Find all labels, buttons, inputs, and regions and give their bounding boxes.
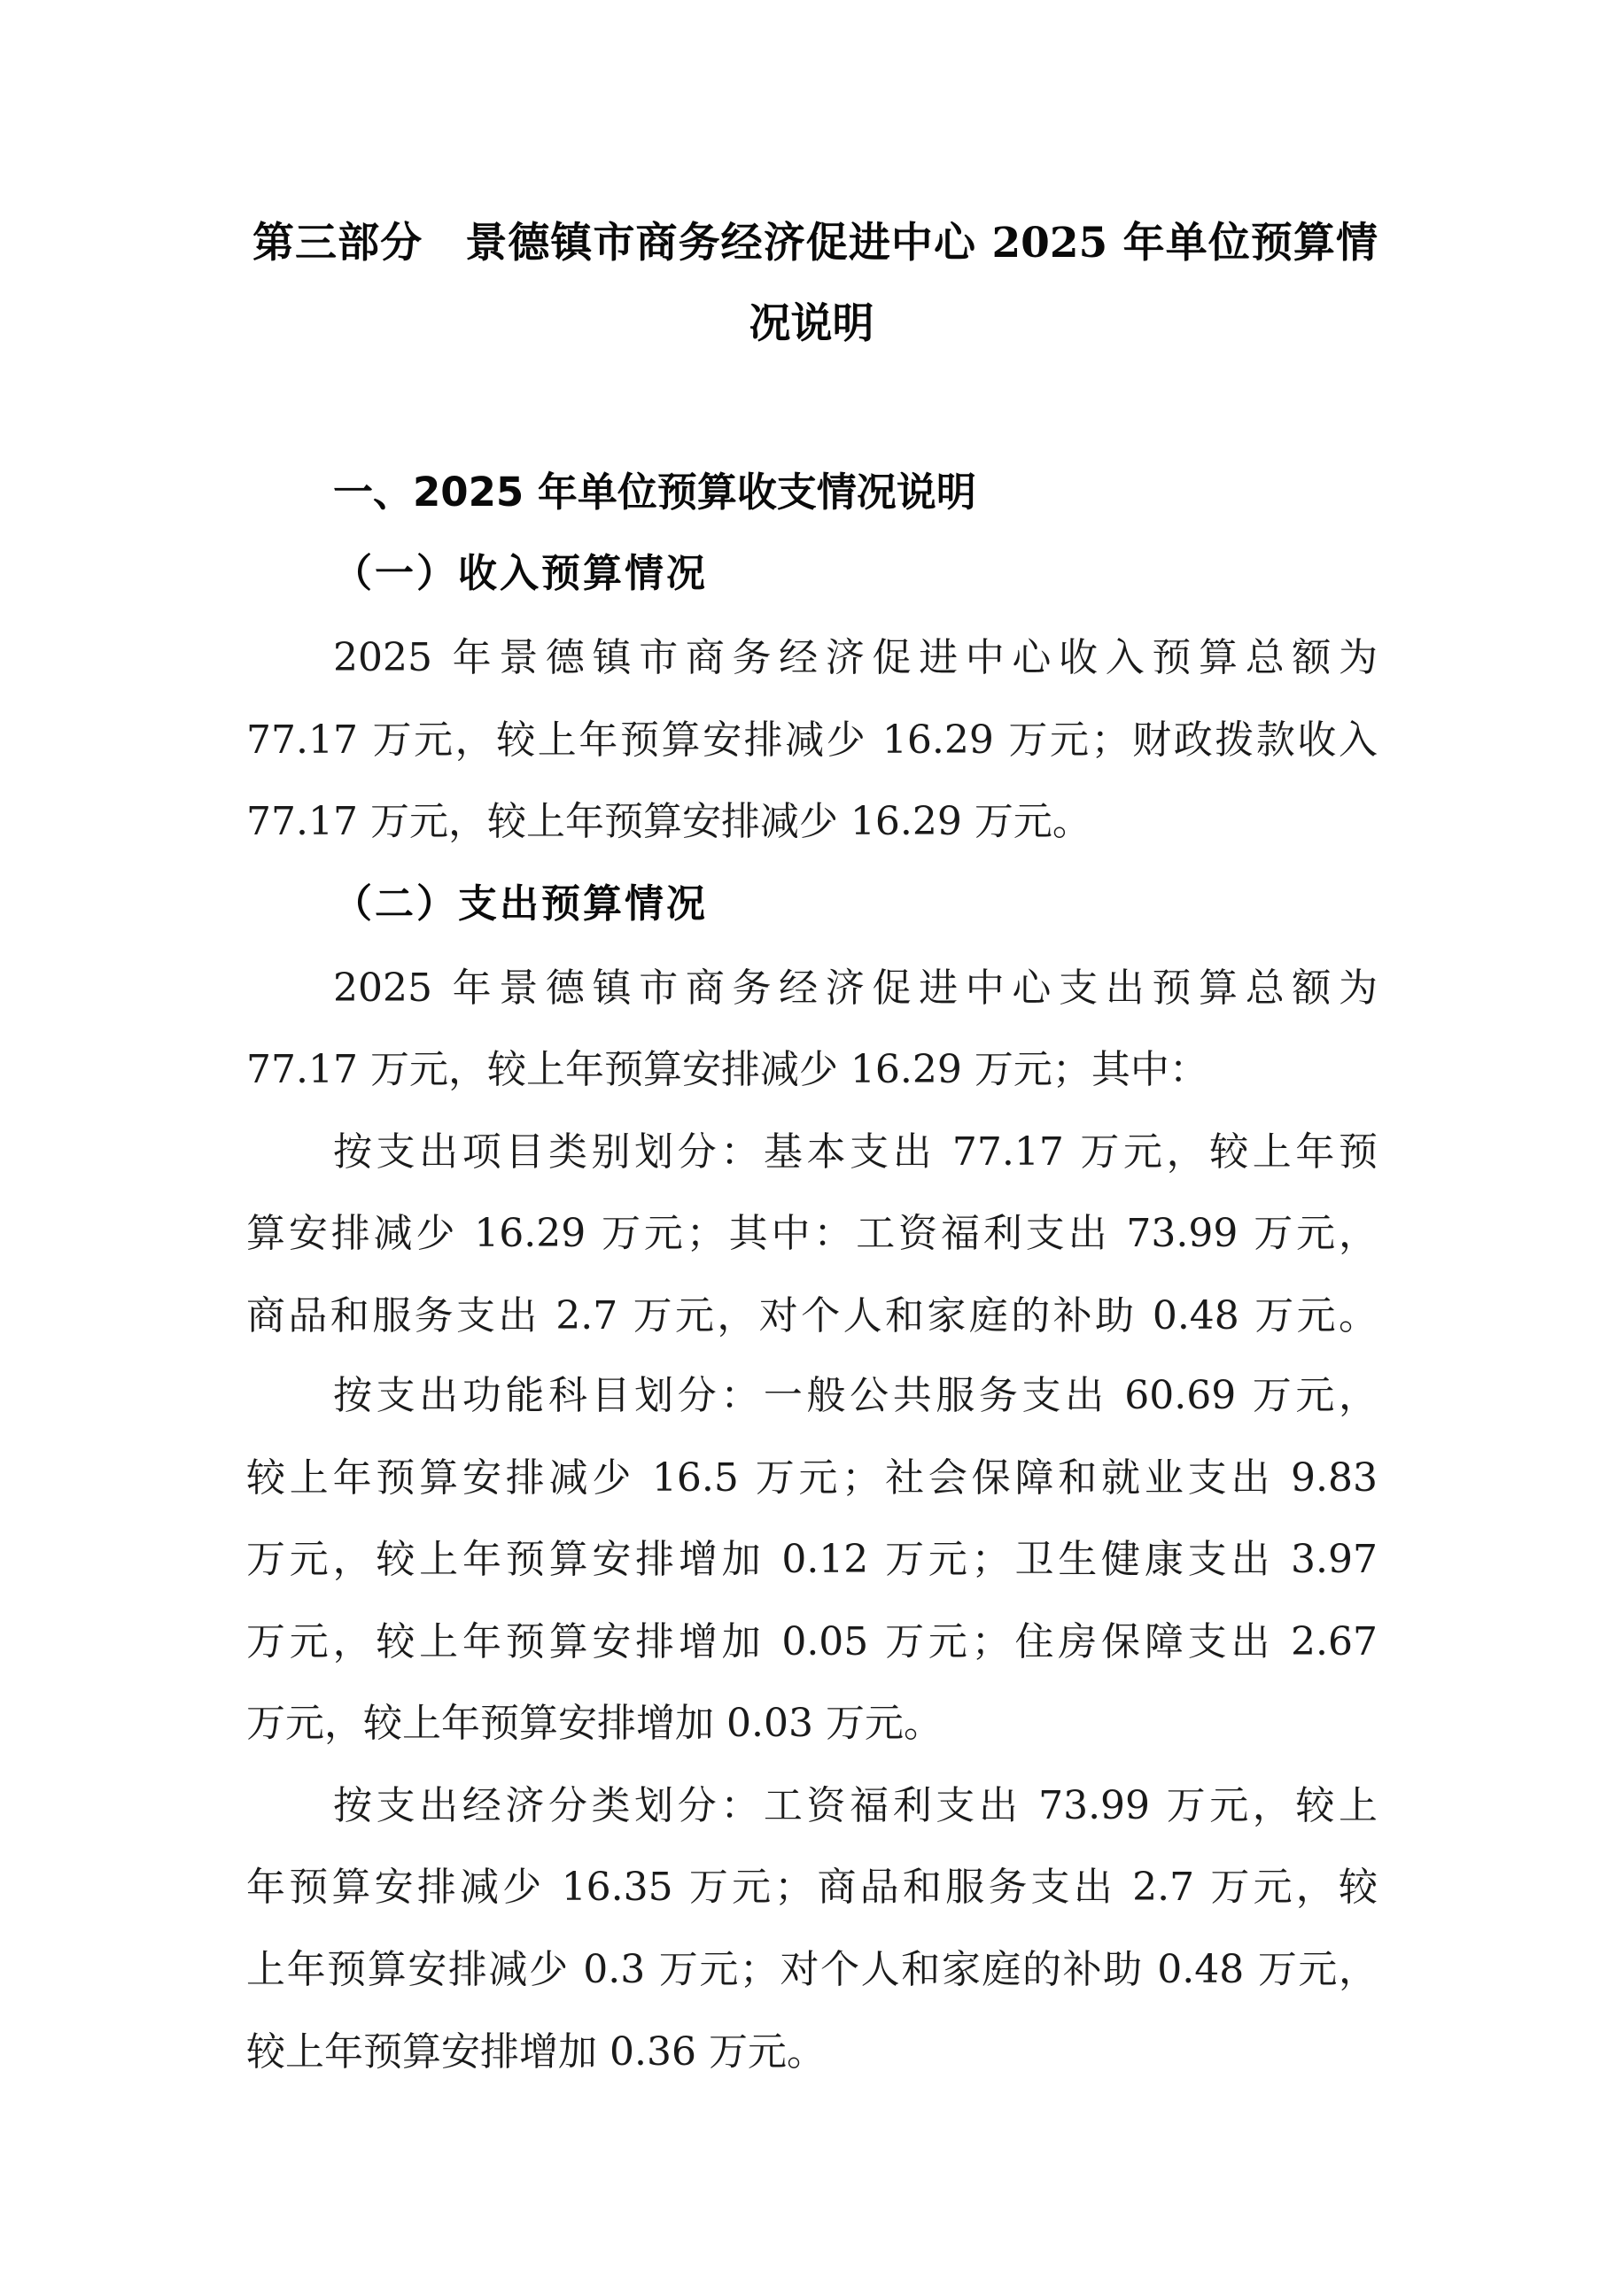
paragraph-line: 算安排减少 16.29 万元；其中：工资福利支出 73.99 万元， — [246, 1209, 1378, 1259]
document-page: 第三部分 景德镇市商务经济促进中心 2025 年单位预算情 况说明 一、2025… — [0, 0, 1623, 2296]
paragraph-line: 上年预算安排减少 0.3 万元；对个人和家庭的补助 0.48 万元， — [246, 1945, 1378, 1995]
paragraph-line: 77.17 万元，较上年预算安排减少 16.29 万元；财政拨款收入 — [246, 716, 1378, 765]
paragraph-line: 较上年预算安排增加 0.36 万元。 — [246, 2028, 1378, 2077]
document-title-line-1: 第三部分 景德镇市商务经济促进中心 2025 年单位预算情 — [252, 217, 1378, 270]
paragraph-line: 万元，较上年预算安排增加 0.03 万元。 — [246, 1699, 1378, 1749]
paragraph-line: 77.17 万元，较上年预算安排减少 16.29 万元。 — [246, 797, 1378, 847]
paragraph-line: 2025 年景德镇市商务经济促进中心收入预算总额为 — [333, 633, 1378, 683]
section-heading-budget-explanation: 一、2025 年单位预算收支情况说明 — [333, 468, 976, 517]
paragraph-line: 按支出经济分类划分：工资福利支出 73.99 万元，较上 — [333, 1781, 1378, 1831]
paragraph-line: 万元，较上年预算安排增加 0.05 万元；住房保障支出 2.67 — [246, 1617, 1378, 1667]
paragraph-line: 万元，较上年预算安排增加 0.12 万元；卫生健康支出 3.97 — [246, 1535, 1378, 1585]
paragraph-line: 较上年预算安排减少 16.5 万元；社会保障和就业支出 9.83 — [246, 1454, 1378, 1503]
paragraph-line: 2025 年景德镇市商务经济促进中心支出预算总额为 — [333, 964, 1378, 1013]
paragraph-line: 年预算安排减少 16.35 万元；商品和服务支出 2.7 万元，较 — [246, 1863, 1378, 1912]
subheading-income-budget: （一）收入预算情况 — [333, 549, 708, 599]
paragraph-line: 按支出项目类别划分：基本支出 77.17 万元，较上年预 — [333, 1128, 1378, 1177]
document-title-line-2: 况说明 — [0, 298, 1623, 351]
paragraph-line: 按支出功能科目划分：一般公共服务支出 60.69 万元， — [333, 1371, 1378, 1421]
paragraph-line: 77.17 万元，较上年预算安排减少 16.29 万元；其中： — [246, 1045, 1378, 1095]
subheading-expenditure-budget: （二）支出预算情况 — [333, 880, 708, 929]
paragraph-line: 商品和服务支出 2.7 万元，对个人和家庭的补助 0.48 万元。 — [246, 1291, 1378, 1341]
